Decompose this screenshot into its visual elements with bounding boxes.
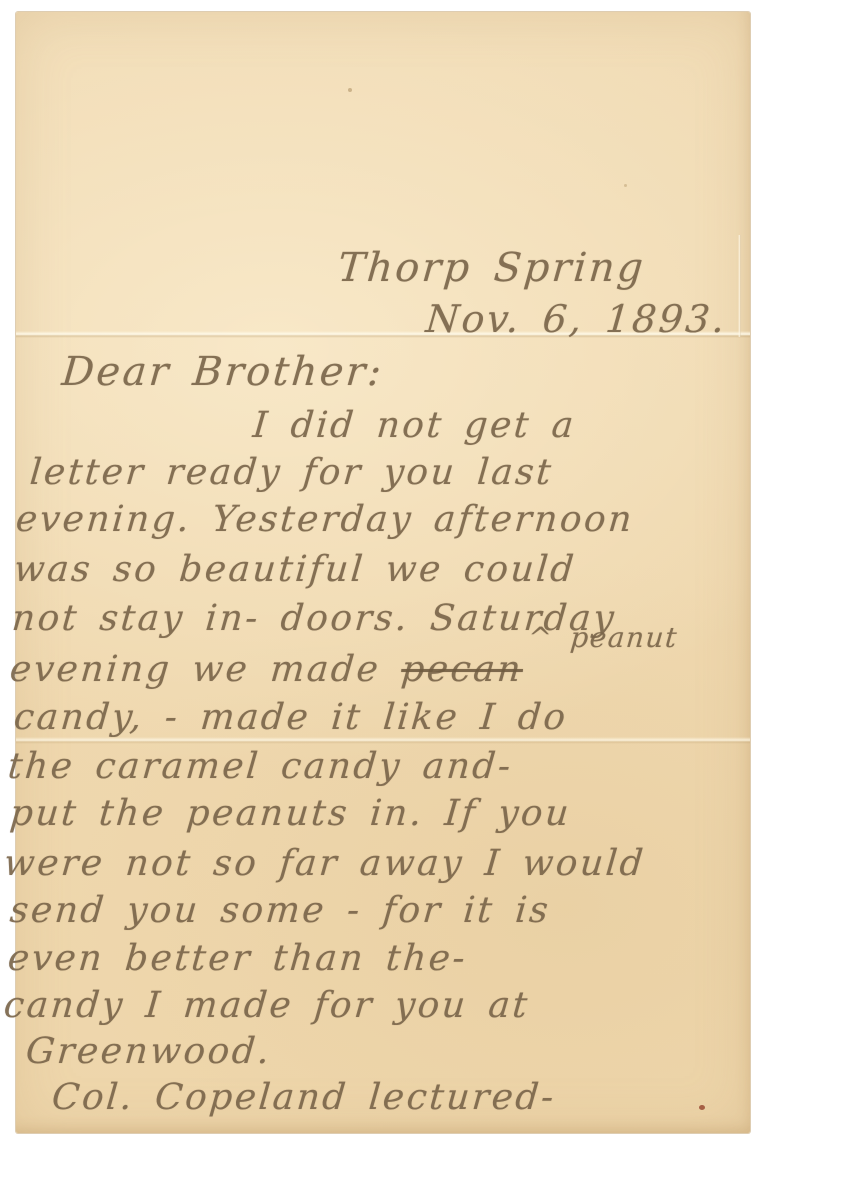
letter-line: was so beautiful we could <box>12 552 577 588</box>
letter-line: evening. Yesterday afternoon <box>14 502 635 538</box>
letter-line: candy, - made it like I do <box>12 700 569 736</box>
letter-line: Col. Copeland lectured- <box>50 1080 557 1116</box>
caret-mark: ^ <box>527 621 555 654</box>
letter-scan: Thorp Spring Nov. 6, 1893. Dear Brother:… <box>0 0 847 1200</box>
letter-line: were not so far away I would <box>2 846 646 882</box>
letter-line: Greenwood. <box>24 1034 273 1070</box>
letter-line: I did not get a <box>251 408 577 444</box>
letter-line: evening we made pecan <box>8 652 524 688</box>
letter-line: send you some - for it is <box>8 893 551 929</box>
letter-line: even better than the- <box>6 941 468 977</box>
salutation-line: Dear Brother: <box>60 352 385 392</box>
letter-line: candy I made for you at <box>2 988 531 1024</box>
strikethrough-word: pecan <box>400 649 525 690</box>
letter-place: Thorp Spring <box>336 248 647 288</box>
inserted-word: peanut <box>569 621 679 654</box>
letter-line: not stay in- doors. Saturday <box>10 601 617 637</box>
interlinear-insertion: ^ peanut <box>527 624 679 652</box>
letter-line: the caramel candy and- <box>6 749 514 785</box>
letter-line: letter ready for you last <box>28 455 554 491</box>
letter-date: Nov. 6, 1893. <box>424 300 728 338</box>
letter-line: put the peanuts in. If you <box>8 796 572 832</box>
line-prefix: evening we made <box>8 649 403 690</box>
